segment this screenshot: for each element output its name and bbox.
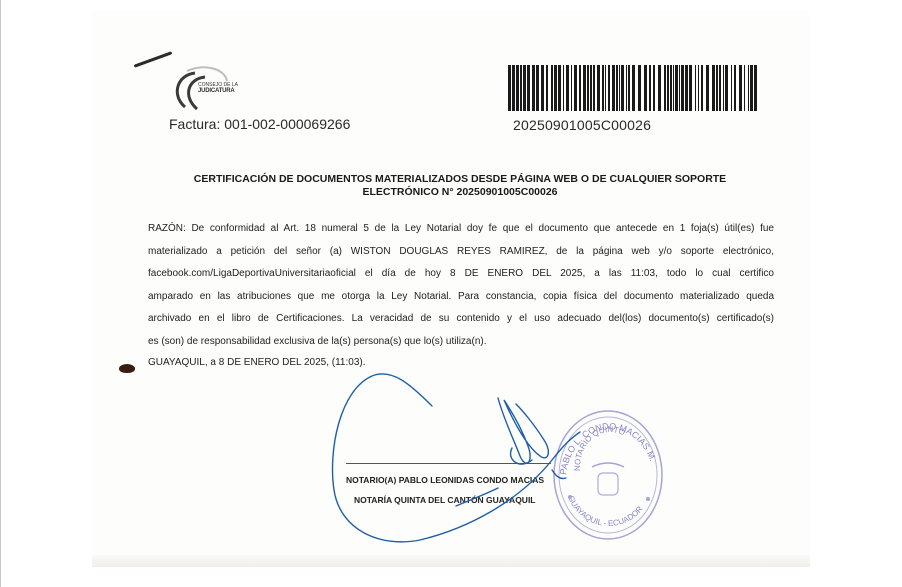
ink-blot: [119, 364, 135, 373]
body-line: archivado en el libro de Certificaciones…: [148, 308, 774, 331]
logo-text: CONSEJO DE LA JUDICATURA: [198, 82, 238, 94]
notary-stamp-icon: PABLO L. CONDO MACIAS M. NOTARIO QUINTO …: [548, 405, 664, 545]
notary-office: NOTARÍA QUINTA DEL CANTÓN GUAYAQUIL: [354, 495, 536, 505]
invoice-number: Factura: 001-002-000069266: [169, 116, 350, 132]
barcode-number: 20250901005C00026: [513, 117, 651, 133]
body-line: es (son) de responsabilidad exclusiva de…: [148, 331, 774, 354]
body-line: facebook.com/LigaDeportivaUniversitariao…: [148, 263, 774, 286]
barcode: [508, 65, 758, 111]
svg-text:GUAYAQUIL - ECUADOR: GUAYAQUIL - ECUADOR: [566, 494, 645, 528]
certification-body: RAZÓN: De conformidad al Art. 18 numeral…: [148, 218, 774, 353]
page-bottom-shade: [92, 555, 810, 567]
notary-name: NOTARIO(A) PABLO LEONIDAS CONDO MACIAS: [346, 475, 544, 485]
body-line: amparado en las atribuciones que me otor…: [148, 286, 774, 309]
title-line-1: CERTIFICACIÓN DE DOCUMENTOS MATERIALIZAD…: [170, 173, 750, 186]
viewer-left-edge: [0, 0, 1, 587]
place-and-date: GUAYAQUIL, a 8 DE ENERO DEL 2025, (11:03…: [148, 357, 366, 368]
body-line: RAZÓN: De conformidad al Art. 18 numeral…: [148, 218, 774, 241]
title-line-2: ELECTRÓNICO N° 20250901005C00026: [170, 186, 750, 199]
certificate-title: CERTIFICACIÓN DE DOCUMENTOS MATERIALIZAD…: [170, 173, 750, 199]
body-line: materializado a petición del señor (a) W…: [148, 241, 774, 264]
signature-line: [346, 463, 551, 464]
